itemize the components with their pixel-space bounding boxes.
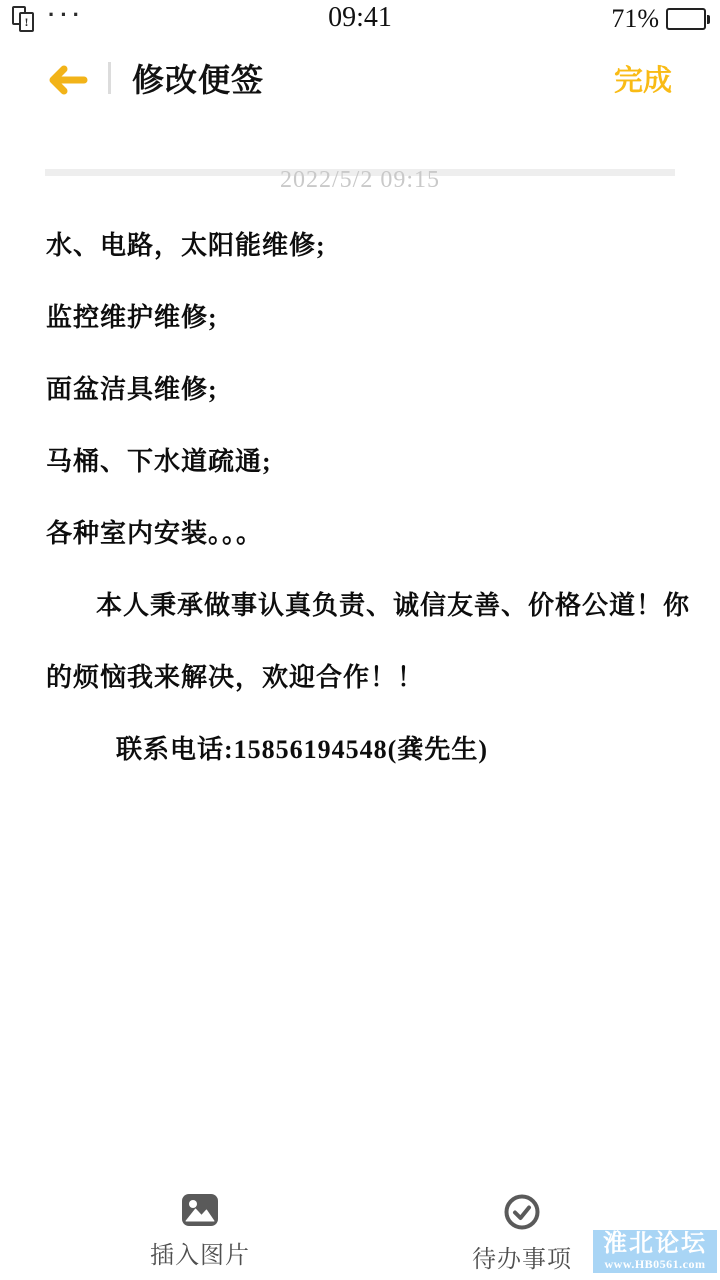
note-line[interactable]: 监控维护维修; bbox=[46, 282, 700, 354]
insert-image-button[interactable]: 插入图片 bbox=[130, 1193, 270, 1270]
header-divider bbox=[108, 62, 111, 94]
image-icon bbox=[181, 1193, 219, 1227]
note-editor[interactable]: 水、电路，太阳能维修; 监控维护维修; 面盆洁具维修; 马桶、下水道疏通; 各种… bbox=[46, 210, 700, 786]
watermark-url: www.HB0561.com bbox=[593, 1257, 717, 1271]
page-title: 修改便签 bbox=[132, 55, 264, 101]
note-line[interactable]: 联系电话:15856194548(龚先生) bbox=[46, 714, 700, 786]
battery-icon bbox=[666, 8, 710, 30]
done-button[interactable]: 完成 bbox=[614, 58, 672, 99]
insert-image-label: 插入图片 bbox=[150, 1235, 250, 1270]
battery-percent: 71% bbox=[611, 4, 659, 34]
status-bar: ! ··· 09:41 71% bbox=[0, 0, 720, 40]
note-line[interactable]: 的烦恼我来解决，欢迎合作！！ bbox=[46, 642, 700, 714]
todo-check-icon bbox=[503, 1193, 541, 1231]
back-button[interactable] bbox=[44, 62, 90, 98]
battery-area: 71% bbox=[611, 4, 710, 34]
todo-label: 待办事项 bbox=[472, 1239, 572, 1274]
header: 修改便签 完成 bbox=[0, 50, 720, 110]
note-line[interactable]: 面盆洁具维修; bbox=[46, 354, 700, 426]
back-arrow-icon bbox=[44, 62, 90, 98]
note-line[interactable]: 水、电路，太阳能维修; bbox=[46, 210, 700, 282]
note-line[interactable]: 各种室内安装。。。 bbox=[46, 498, 700, 570]
todo-button[interactable]: 待办事项 bbox=[452, 1193, 592, 1274]
watermark-title: 淮北论坛 bbox=[593, 1230, 717, 1257]
note-line[interactable]: 马桶、下水道疏通; bbox=[46, 426, 700, 498]
forum-watermark: 淮北论坛 www.HB0561.com bbox=[593, 1230, 717, 1273]
note-edit-screen: ! ··· 09:41 71% 修改便签 完成 2022/5/2 09:15 水… bbox=[0, 0, 720, 1280]
note-line[interactable]: 本人秉承做事认真负责、诚信友善、价格公道！你 bbox=[46, 570, 700, 642]
note-timestamp: 2022/5/2 09:15 bbox=[0, 167, 720, 194]
